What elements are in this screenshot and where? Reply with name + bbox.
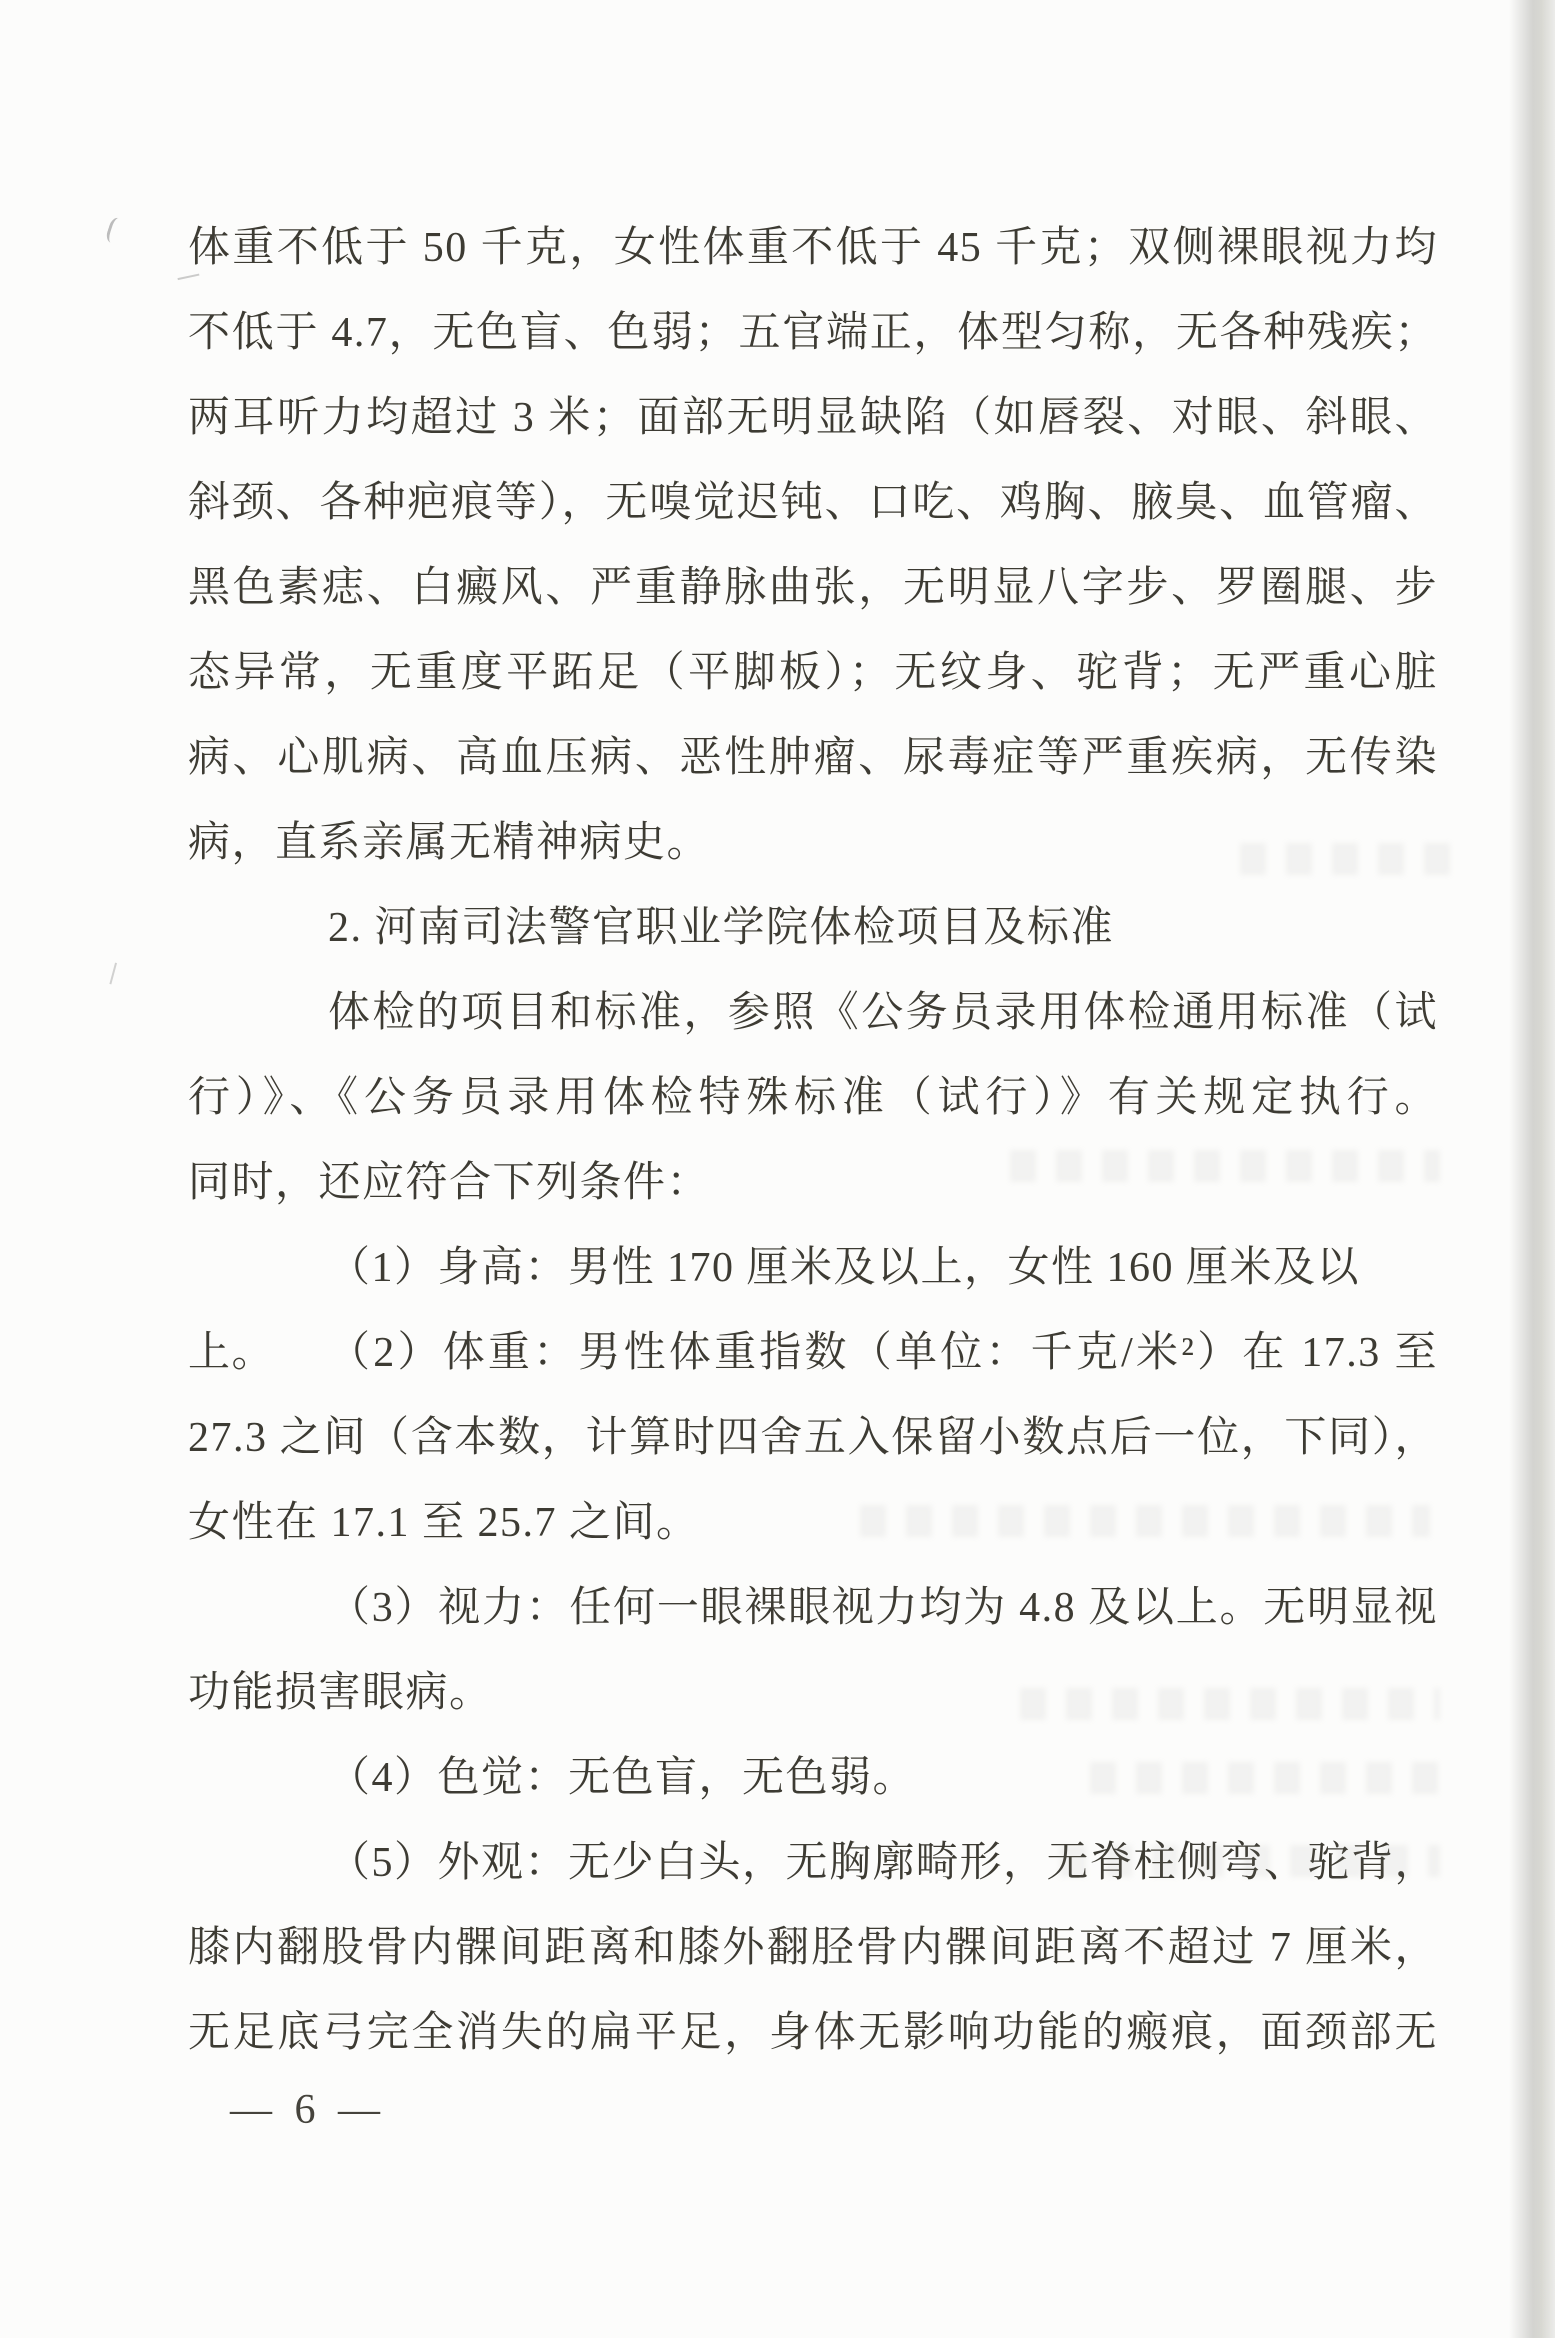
text-line-21: 膝内翻股骨内髁间距离和膝外翻胫骨内髁间距离不超过 7 厘米，: [188, 1906, 1438, 1991]
pencil-mark: [109, 963, 128, 988]
text-line-6: 态异常，无重度平跖足（平脚板）；无纹身、驼背；无严重心脏: [188, 631, 1438, 716]
text-line-4: 斜颈、各种疤痕等），无嗅觉迟钝、口吃、鸡胸、腋臭、血管瘤、: [188, 461, 1438, 546]
text-line-13-item-height: （1）身高：男性 170 厘米及以上，女性 160 厘米及以上。: [188, 1226, 1438, 1311]
ink-bleedthrough: [1060, 1845, 1440, 1877]
text-line-2: 不低于 4.7，无色盲、色弱；五官端正，体型匀称，无各种残疾；: [188, 291, 1438, 376]
scan-edge-shadow: [1509, 0, 1555, 2338]
text-line-11: 行）》、《公务员录用体检特殊标准（试行）》有关规定执行。: [188, 1056, 1438, 1141]
text-line-15: 27.3 之间（含本数，计算时四舍五入保留小数点后一位，下同），: [188, 1396, 1438, 1481]
text-line-3: 两耳听力均超过 3 米；面部无明显缺陷（如唇裂、对眼、斜眼、: [188, 376, 1438, 461]
text-line-9-section-heading: 2. 河南司法警官职业学院体检项目及标准: [188, 886, 1438, 971]
text-line-1: 体重不低于 50 千克，女性体重不低于 45 千克；双侧裸眼视力均: [188, 206, 1438, 291]
text-line-7: 病、心肌病、高血压病、恶性肿瘤、尿毒症等严重疾病，无传染: [188, 716, 1438, 801]
page-number: — 6 —: [230, 2086, 386, 2134]
ink-bleedthrough: [1240, 843, 1470, 875]
ink-bleedthrough: [860, 1505, 1430, 1537]
text-line-22: 无足底弓完全消失的扁平足，身体无影响功能的瘢痕，面颈部无: [188, 1991, 1438, 2076]
text-line-10: 体检的项目和标准，参照《公务员录用体检通用标准（试: [188, 971, 1438, 1056]
document-body: 体重不低于 50 千克，女性体重不低于 45 千克；双侧裸眼视力均 不低于 4.…: [188, 206, 1438, 2076]
text-line-5: 黑色素痣、白癜风、严重静脉曲张，无明显八字步、罗圈腿、步: [188, 546, 1438, 631]
scanned-document-page: 体重不低于 50 千克，女性体重不低于 45 千克；双侧裸眼视力均 不低于 4.…: [0, 0, 1555, 2338]
text-line-14-item-weight: （2）体重：男性体重指数（单位：千克/米²）在 17.3 至: [188, 1311, 1438, 1396]
ink-bleedthrough: [1020, 1688, 1440, 1720]
ink-bleedthrough: [1090, 1762, 1440, 1794]
pencil-mark: [104, 216, 128, 246]
ink-bleedthrough: [1010, 1150, 1440, 1182]
text-line-17-item-vision: （3）视力：任何一眼裸眼视力均为 4.8 及以上。无明显视: [188, 1566, 1438, 1651]
